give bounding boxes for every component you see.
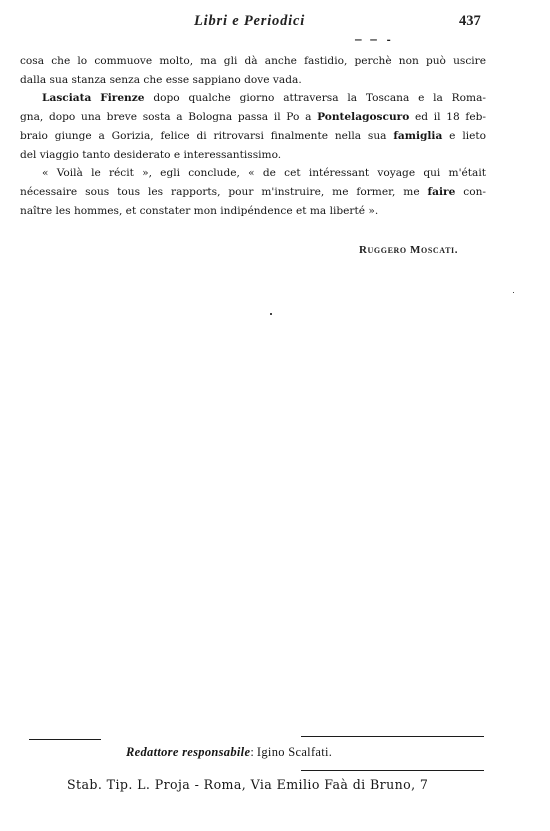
paragraph-3: « Voilà le récit », egli conclude, « de … xyxy=(20,164,486,220)
page-number: 437 xyxy=(459,13,481,30)
printer-imprint: Stab. Tip. L. Proja - Roma, Via Emilio F… xyxy=(67,777,428,792)
running-head: Libri e Periodici 437 — — - xyxy=(0,13,550,33)
text-line: gna, dopo una breve sosta a Bologna pass… xyxy=(20,108,486,127)
text-line: naître les hommes, et constater mon indi… xyxy=(20,202,486,221)
author-signature: Ruggero Moscati. xyxy=(359,244,458,256)
paragraph-2: Lasciata Firenze dopo qualche giorno att… xyxy=(20,89,486,164)
editor-label: Redattore responsabile xyxy=(126,745,250,759)
scan-speck xyxy=(513,292,514,293)
footer-rule-left xyxy=(29,739,101,740)
text-line: del viaggio tanto desiderato e interessa… xyxy=(20,146,486,165)
footer-rule-right-top xyxy=(301,736,484,737)
footer-rule-right-bottom xyxy=(301,770,484,771)
document-page: Libri e Periodici 437 — — - cosa che lo … xyxy=(0,0,550,831)
ornament-dashes: — — - xyxy=(355,35,393,47)
text-line: dalla sua stanza senza che esse sappiano… xyxy=(20,71,486,90)
editor-credit: Redattore responsabile: Igino Scalfati. xyxy=(126,745,332,760)
editor-separator: : xyxy=(250,745,257,759)
body-text: cosa che lo commuove molto, ma gli dà an… xyxy=(20,52,486,220)
text-line: Lasciata Firenze dopo qualche giorno att… xyxy=(20,89,486,108)
scan-speck xyxy=(270,313,272,315)
editor-name: Igino Scalfati. xyxy=(257,745,332,759)
paragraph-1: cosa che lo commuove molto, ma gli dà an… xyxy=(20,52,486,89)
section-title: Libri e Periodici xyxy=(194,13,305,30)
text-line: « Voilà le récit », egli conclude, « de … xyxy=(20,164,486,183)
text-line: braio giunge a Gorizia, felice di ritrov… xyxy=(20,127,486,146)
text-line: cosa che lo commuove molto, ma gli dà an… xyxy=(20,52,486,71)
text-line: nécessaire sous tous les rapports, pour … xyxy=(20,183,486,202)
